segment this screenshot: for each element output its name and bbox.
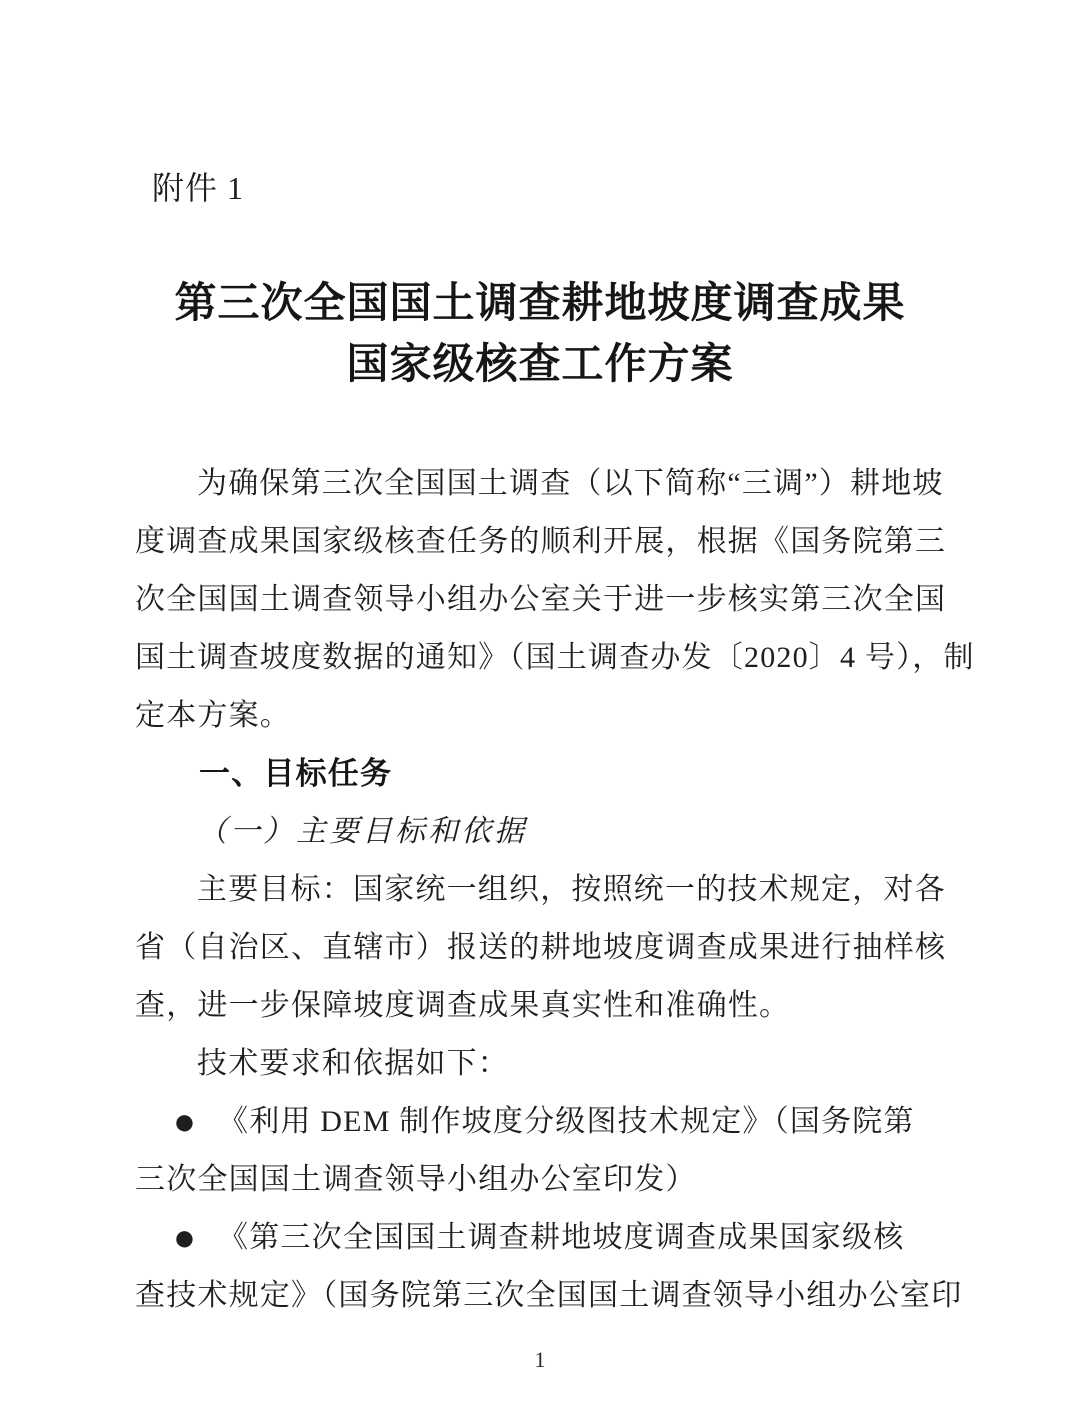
bullet-item-text: 查技术规定》（国务院第三次全国国土调查领导小组办公室印 bbox=[135, 1267, 947, 1325]
document-title-line2: 国家级核查工作方案 bbox=[0, 333, 1080, 394]
document-page: 附件 1 第三次全国国土调查耕地坡度调查成果 国家级核查工作方案 为确保第三次全… bbox=[0, 0, 1080, 1422]
document-title: 第三次全国国土调查耕地坡度调查成果 国家级核查工作方案 bbox=[0, 272, 1080, 394]
goal-paragraph-line: 查，进一步保障坡度调查成果真实性和准确性。 bbox=[135, 977, 947, 1035]
bullet-item-text: 三次全国国土调查领导小组办公室印发） bbox=[135, 1151, 947, 1209]
intro-paragraph-line: 为确保第三次全国国土调查（以下简称“三调”）耕地坡 bbox=[135, 455, 947, 513]
bullet-item-text: 《利用 DEM 制作坡度分级图技术规定》（国务院第 bbox=[218, 1105, 915, 1138]
subsection-heading: （一）主要目标和依据 bbox=[135, 803, 947, 861]
bullet-item: ● 《利用 DEM 制作坡度分级图技术规定》（国务院第 bbox=[135, 1093, 947, 1151]
requirements-intro-line: 技术要求和依据如下： bbox=[135, 1035, 947, 1093]
intro-paragraph-line: 定本方案。 bbox=[135, 687, 947, 745]
goal-paragraph-line: 省（自治区、直辖市）报送的耕地坡度调查成果进行抽样核 bbox=[135, 919, 947, 977]
section-heading: 一、目标任务 bbox=[135, 745, 947, 803]
bullet-item-text: 《第三次全国国土调查耕地坡度调查成果国家级核 bbox=[218, 1221, 904, 1254]
page-number: 1 bbox=[0, 1345, 1080, 1375]
intro-paragraph-line: 国土调查坡度数据的通知》（国土调查办发〔2020〕4 号），制 bbox=[135, 629, 947, 687]
intro-paragraph-line: 次全国国土调查领导小组办公室关于进一步核实第三次全国 bbox=[135, 571, 947, 629]
bullet-marker-icon: ● bbox=[173, 1209, 196, 1267]
document-body: 为确保第三次全国国土调查（以下简称“三调”）耕地坡 度调查成果国家级核查任务的顺… bbox=[135, 455, 947, 1325]
intro-paragraph-line: 度调查成果国家级核查任务的顺利开展，根据《国务院第三 bbox=[135, 513, 947, 571]
bullet-marker-icon: ● bbox=[173, 1093, 196, 1151]
bullet-item: ● 《第三次全国国土调查耕地坡度调查成果国家级核 bbox=[135, 1209, 947, 1267]
attachment-label: 附件 1 bbox=[152, 166, 244, 210]
goal-paragraph-line: 主要目标：国家统一组织，按照统一的技术规定，对各 bbox=[135, 861, 947, 919]
document-title-line1: 第三次全国国土调查耕地坡度调查成果 bbox=[0, 272, 1080, 333]
